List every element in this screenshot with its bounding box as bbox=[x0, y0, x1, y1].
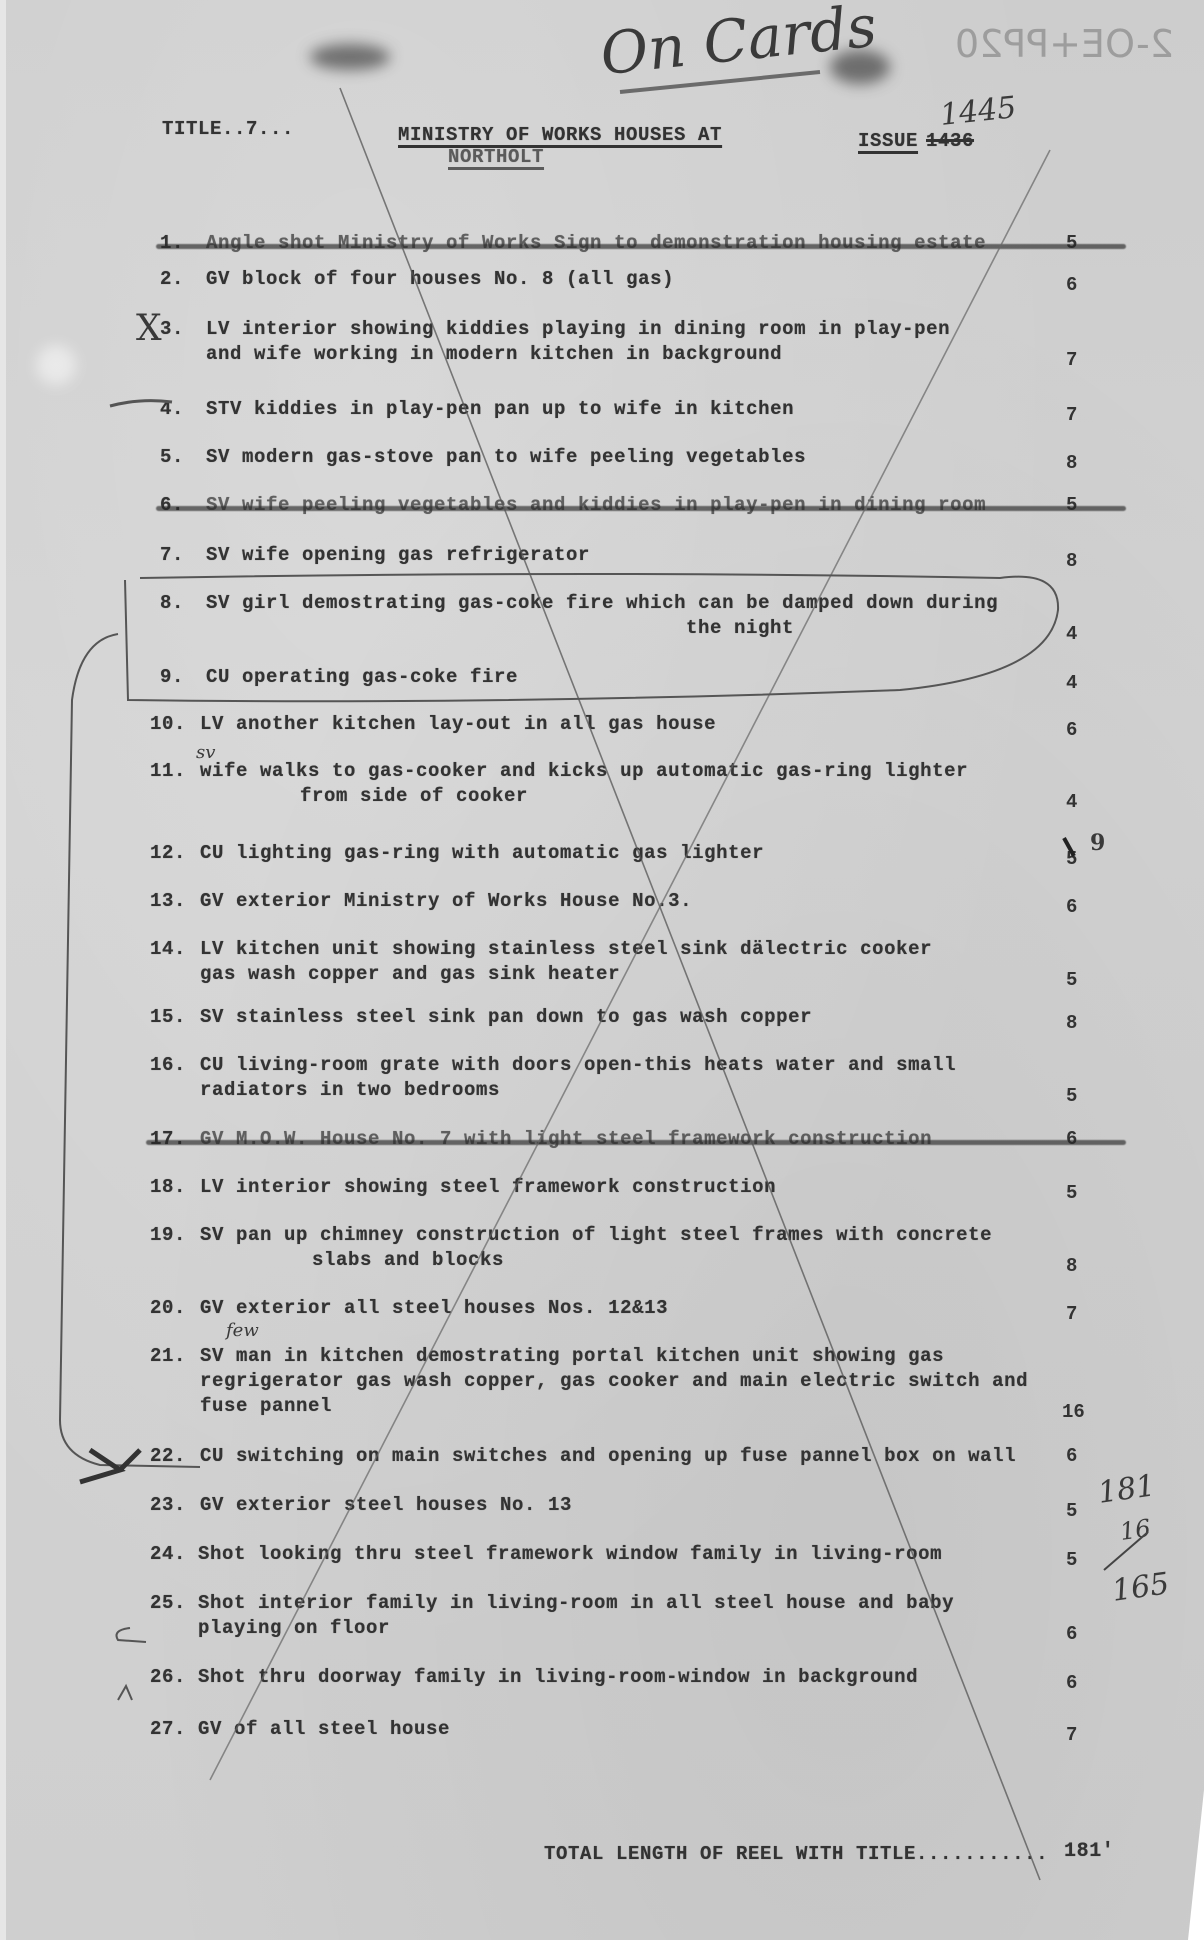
item-4-pointer-mark bbox=[110, 401, 172, 406]
bracket-items-8-9 bbox=[125, 574, 1058, 701]
margin-calc-rule bbox=[1104, 1532, 1148, 1570]
move-arrow-line bbox=[60, 634, 200, 1467]
item-12-length-strike bbox=[1064, 838, 1074, 856]
on-cards-underline bbox=[620, 72, 820, 92]
item-26-margin-mark bbox=[118, 1686, 132, 1700]
item-25-margin-mark bbox=[117, 1628, 147, 1642]
cross-out-line bbox=[340, 88, 1040, 1880]
pen-strokes-overlay bbox=[0, 0, 1204, 1940]
cross-out-line bbox=[210, 150, 1050, 1780]
